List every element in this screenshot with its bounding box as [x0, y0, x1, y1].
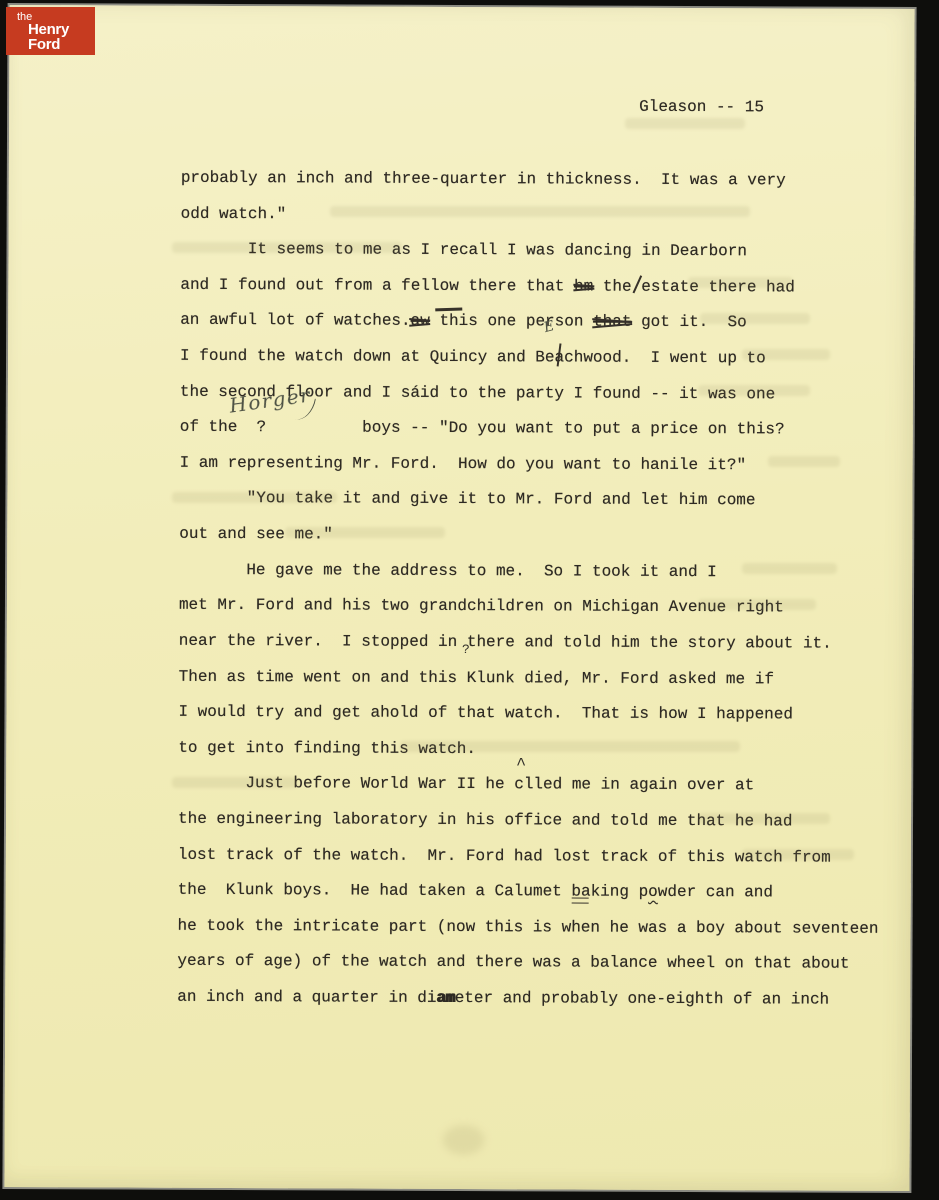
bleedthrough-smudge	[700, 313, 810, 324]
bleedthrough-smudge	[172, 242, 402, 253]
logo-word-ford: Ford	[28, 37, 60, 52]
bleedthrough-smudge	[400, 741, 740, 752]
typed-correction: aw	[411, 312, 430, 330]
bleedthrough-smudge	[330, 206, 750, 217]
typed-segment: and I found out from a fellow there that	[180, 276, 574, 296]
typed-segment: Then as time went on and this Klunk died…	[179, 667, 774, 688]
typed-line: years of age) of the watch and there was…	[177, 952, 878, 991]
typed-correction: hm	[574, 277, 593, 295]
bleedthrough-smudge	[688, 277, 793, 288]
typed-line: Then as time went on and this Klunk died…	[179, 667, 880, 706]
bleedthrough-smudge	[768, 456, 840, 467]
bleedthrough-smudge	[742, 563, 837, 574]
typed-segment: I am representing Mr. Ford. How do you w…	[180, 454, 747, 474]
document-page: Gleason -- 15 probably an inch and three…	[4, 5, 914, 1191]
typed-correction: th	[439, 312, 458, 330]
typed-segment: is one person	[459, 312, 593, 331]
typescript-body: probably an inch and three-quarter in th…	[177, 169, 882, 1027]
bleedthrough-smudge	[742, 849, 854, 860]
bleedthrough-smudge	[698, 599, 816, 610]
typed-correction: ba	[571, 883, 590, 901]
paper-stain	[443, 1125, 485, 1155]
typed-segment: years of age) of the watch and there was…	[177, 952, 849, 973]
typed-segment: an awful lot of watches.	[180, 311, 411, 330]
typed-line: I would try and get ahold of that watch.…	[178, 703, 879, 742]
typed-segment: chwood. I went up to	[564, 349, 766, 368]
typed-segment: wder can and	[658, 883, 773, 902]
typed-segment: met Mr. Ford and his two grandchildren o…	[179, 596, 784, 617]
typed-line: he took the intricate part (now this is …	[177, 917, 878, 956]
logo-word-henry: Henry	[28, 22, 69, 37]
typed-correction: that	[593, 313, 631, 331]
typed-correction: a	[554, 348, 564, 366]
bleedthrough-smudge	[172, 777, 297, 788]
henry-ford-logo: the Henry Ford	[6, 7, 95, 55]
typed-line: of the ? boys -- "Do you want to put a p…	[180, 418, 881, 457]
typed-correction: e	[641, 278, 651, 296]
bleedthrough-smudge	[698, 813, 830, 824]
bleedthrough-smudge	[172, 492, 337, 503]
page-header: Gleason -- 15	[639, 98, 764, 117]
typed-segment: of the ? boys -- "Do you want to put a p…	[180, 418, 785, 439]
typed-correction: am	[436, 989, 454, 1007]
typed-segment: probably an inch and three-quarter in th…	[181, 169, 786, 190]
typed-segment: odd watch."	[181, 204, 287, 222]
typed-correction: o	[648, 883, 658, 901]
typed-segment: eter and probably one-eighth of an inch	[455, 989, 830, 1009]
typed-segment: king p	[591, 883, 649, 901]
typed-line: probably an inch and three-quarter in th…	[181, 169, 882, 208]
bleedthrough-smudge	[285, 527, 445, 538]
typed-segment: lost track of the watch. Mr. Ford had lo…	[178, 845, 831, 866]
typed-segment: I found the watch down at Quincy and Be	[180, 347, 555, 367]
scanned-document-photo: Gleason -- 15 probably an inch and three…	[0, 0, 939, 1200]
handwritten-insert-caret: ^	[516, 757, 526, 774]
typed-line: near the river. I stopped in there and t…	[179, 632, 880, 671]
typed-segment: he took the intricate part (now this is …	[178, 917, 879, 938]
bleedthrough-smudge	[698, 385, 810, 396]
bleedthrough-smudge	[625, 118, 745, 129]
typed-line: the Klunk boys. He had taken a Calumet b…	[178, 881, 879, 920]
typed-segment: I would try and get ahold of that watch.…	[178, 703, 793, 724]
typed-line: an inch and a quarter in diameter and pr…	[177, 988, 878, 1027]
bleedthrough-smudge	[742, 349, 830, 360]
typed-segment: He gave me the address to me. So I took …	[179, 560, 717, 580]
typed-segment: an inch and a quarter in di	[177, 988, 436, 1007]
handwritten-klunk-question: ?	[462, 643, 470, 656]
typed-segment: near the river. I stopped in there and t…	[179, 632, 832, 653]
typed-segment: the Klunk boys. He had taken a Calumet	[178, 881, 572, 901]
typed-segment	[430, 312, 440, 330]
